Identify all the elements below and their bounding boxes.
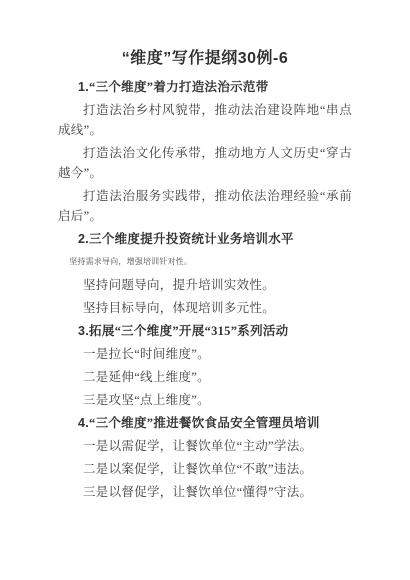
section-heading-text: 拓展“三个维度”开展“315”系列活动	[89, 324, 288, 338]
paragraph: 打造法治文化传承带，推动地方人文历史“穿古越今”。	[58, 143, 352, 183]
section-heading-4: 4.“三个维度”推进餐饮食品安全管理员培训	[58, 413, 352, 433]
paragraph: 三是以督促学，让餐饮单位“懂得”守法。	[58, 482, 352, 502]
paragraph: 打造法治乡村风貌带，推动法治建设阵地“串点成线”。	[58, 100, 352, 140]
section-heading-text: “三个维度”着力打造法治示范带	[89, 80, 269, 94]
section-number: 1.	[78, 80, 89, 94]
document-title: “维度”写作提纲30例-6	[58, 48, 352, 70]
paragraph: 二是延伸“线上维度”。	[58, 367, 352, 387]
section-number: 2.	[78, 232, 89, 246]
section-heading-1: 1.“三个维度”着力打造法治示范带	[58, 77, 352, 97]
section-number: 4.	[78, 416, 89, 430]
paragraph: 打造法治服务实践带，推动依法治理经验“承前启后”。	[58, 186, 352, 226]
section-heading-3: 3.拓展“三个维度”开展“315”系列活动	[58, 321, 352, 341]
section-heading-text: “三个维度”推进餐饮食品安全管理员培训	[89, 416, 320, 430]
document-page: “维度”写作提纲30例-6 1.“三个维度”着力打造法治示范带 打造法治乡村风貌…	[0, 0, 410, 580]
paragraph: 一是拉长“时间维度”。	[58, 344, 352, 364]
section-heading-text: 三个维度提升投资统计业务培训水平	[89, 232, 294, 246]
section-number: 3.	[78, 324, 89, 338]
paragraph: 二是以案促学，让餐饮单位“不敢”违法。	[58, 459, 352, 479]
paragraph: 坚持问题导向，提升培训实效性。	[58, 275, 352, 295]
paragraph: 一是以需促学，让餐饮单位“主动”学法。	[58, 436, 352, 456]
paragraph-small: 坚持需求导向，增强培训针对性。	[58, 252, 352, 272]
paragraph: 三是攻坚“点上维度”。	[58, 390, 352, 410]
section-heading-2: 2.三个维度提升投资统计业务培训水平	[58, 229, 352, 249]
paragraph: 坚持目标导向，体现培训多元性。	[58, 298, 352, 318]
